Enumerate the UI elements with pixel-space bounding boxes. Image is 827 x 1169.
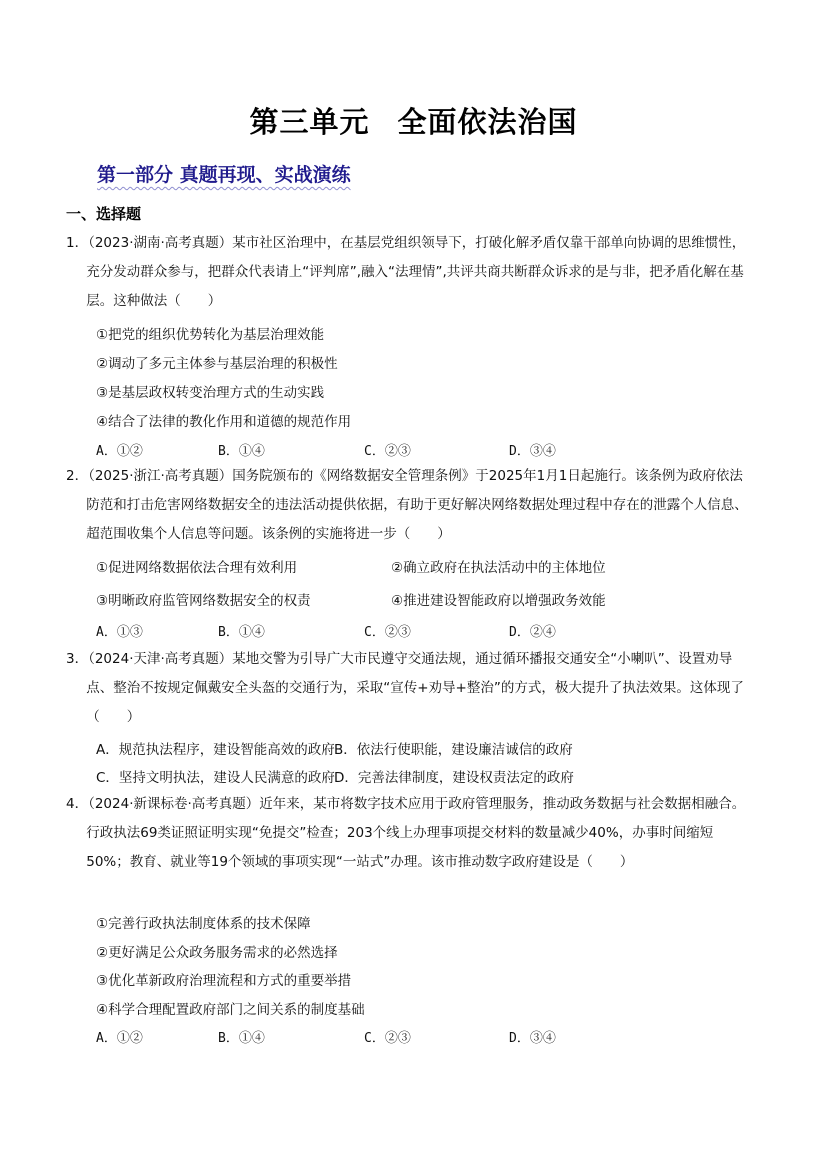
choice-c[interactable]: C．②③ <box>364 1027 411 1046</box>
section-title: 第一部分 真题再现、实战演练 <box>97 160 351 187</box>
page-title: 第三单元全面依法治国 <box>0 100 827 141</box>
statement: ③优化革新政府治理流程和方式的重要举措 <box>96 969 351 989</box>
choice-c[interactable]: C．②③ <box>364 440 411 459</box>
question-text: （2024·天津·高考真题）某地交警为引导广大市民遵守交通法规，通过循环播报交通… <box>86 651 744 725</box>
unit-topic: 全面依法治国 <box>398 105 578 139</box>
choice-c[interactable]: C．坚持文明执法，建设人民满意的政府 <box>96 766 335 786</box>
question-number: 2． <box>66 468 88 484</box>
choice-d[interactable]: D．完善法律制度，建设权责法定的政府 <box>334 766 574 786</box>
statement: ②更好满足公众政务服务需求的必然选择 <box>96 941 338 961</box>
statement: ①促进网络数据依法合理有效利用 <box>96 556 297 576</box>
choice-d[interactable]: D．③④ <box>509 1027 556 1046</box>
statement: ②调动了多元主体参与基层治理的积极性 <box>96 352 338 372</box>
choice-c[interactable]: C．②③ <box>364 621 411 640</box>
question-stem: 2．（2025·浙江·高考真题）国务院颁布的《网络数据安全管理条例》于2025年… <box>66 462 756 549</box>
choice-b[interactable]: B．①④ <box>218 1027 265 1046</box>
choice-a[interactable]: A．规范执法程序，建设智能高效的政府 <box>96 738 335 758</box>
question-text: （2025·浙江·高考真题）国务院颁布的《网络数据安全管理条例》于2025年1月… <box>86 468 748 542</box>
statement: ④科学合理配置政府部门之间关系的制度基础 <box>96 998 365 1018</box>
question-stem: 3．（2024·天津·高考真题）某地交警为引导广大市民遵守交通法规，通过循环播报… <box>66 645 756 732</box>
statement: ①完善行政执法制度体系的技术保障 <box>96 912 311 932</box>
statement: ①把党的组织优势转化为基层治理效能 <box>96 323 324 343</box>
question-number: 3． <box>66 651 88 667</box>
statement: ③是基层政权转变治理方式的生动实践 <box>96 381 324 401</box>
statement: ③明晰政府监管网络数据安全的权责 <box>96 589 311 609</box>
question-text: （2023·湖南·高考真题）某市社区治理中，在基层党组织领导下，打破化解矛盾仅靠… <box>86 235 745 309</box>
unit-label: 第三单元 <box>249 105 369 139</box>
question-number: 1． <box>66 235 88 251</box>
choice-b[interactable]: B．依法行使职能，建设廉洁诚信的政府 <box>334 738 573 758</box>
choice-d[interactable]: D．②④ <box>509 621 556 640</box>
statement: ④结合了法律的教化作用和道德的规范作用 <box>96 410 351 430</box>
choice-a[interactable]: A．①② <box>96 440 143 459</box>
statement: ④推进建设智能政府以增强政务效能 <box>391 589 606 609</box>
choice-b[interactable]: B．①④ <box>218 621 265 640</box>
choice-d[interactable]: D．③④ <box>509 440 556 459</box>
part-title: 一、选择题 <box>66 203 141 224</box>
question-2: 2．（2025·浙江·高考真题）国务院颁布的《网络数据安全管理条例》于2025年… <box>66 462 756 549</box>
question-4: 4．（2024·新课标卷·高考真题）近年来，某市将数字技术应用于政府管理服务，推… <box>66 790 756 877</box>
question-number: 4． <box>66 796 88 812</box>
question-text: （2024·新课标卷·高考真题）近年来，某市将数字技术应用于政府管理服务，推动政… <box>86 796 745 870</box>
choice-b[interactable]: B．①④ <box>218 440 265 459</box>
choice-a[interactable]: A．①③ <box>96 621 143 640</box>
question-3: 3．（2024·天津·高考真题）某地交警为引导广大市民遵守交通法规，通过循环播报… <box>66 645 756 732</box>
question-stem: 4．（2024·新课标卷·高考真题）近年来，某市将数字技术应用于政府管理服务，推… <box>66 790 756 877</box>
choice-a[interactable]: A．①② <box>96 1027 143 1046</box>
question-1: 1．（2023·湖南·高考真题）某市社区治理中，在基层党组织领导下，打破化解矛盾… <box>66 229 756 316</box>
question-stem: 1．（2023·湖南·高考真题）某市社区治理中，在基层党组织领导下，打破化解矛盾… <box>66 229 756 316</box>
statement: ②确立政府在执法活动中的主体地位 <box>391 556 606 576</box>
